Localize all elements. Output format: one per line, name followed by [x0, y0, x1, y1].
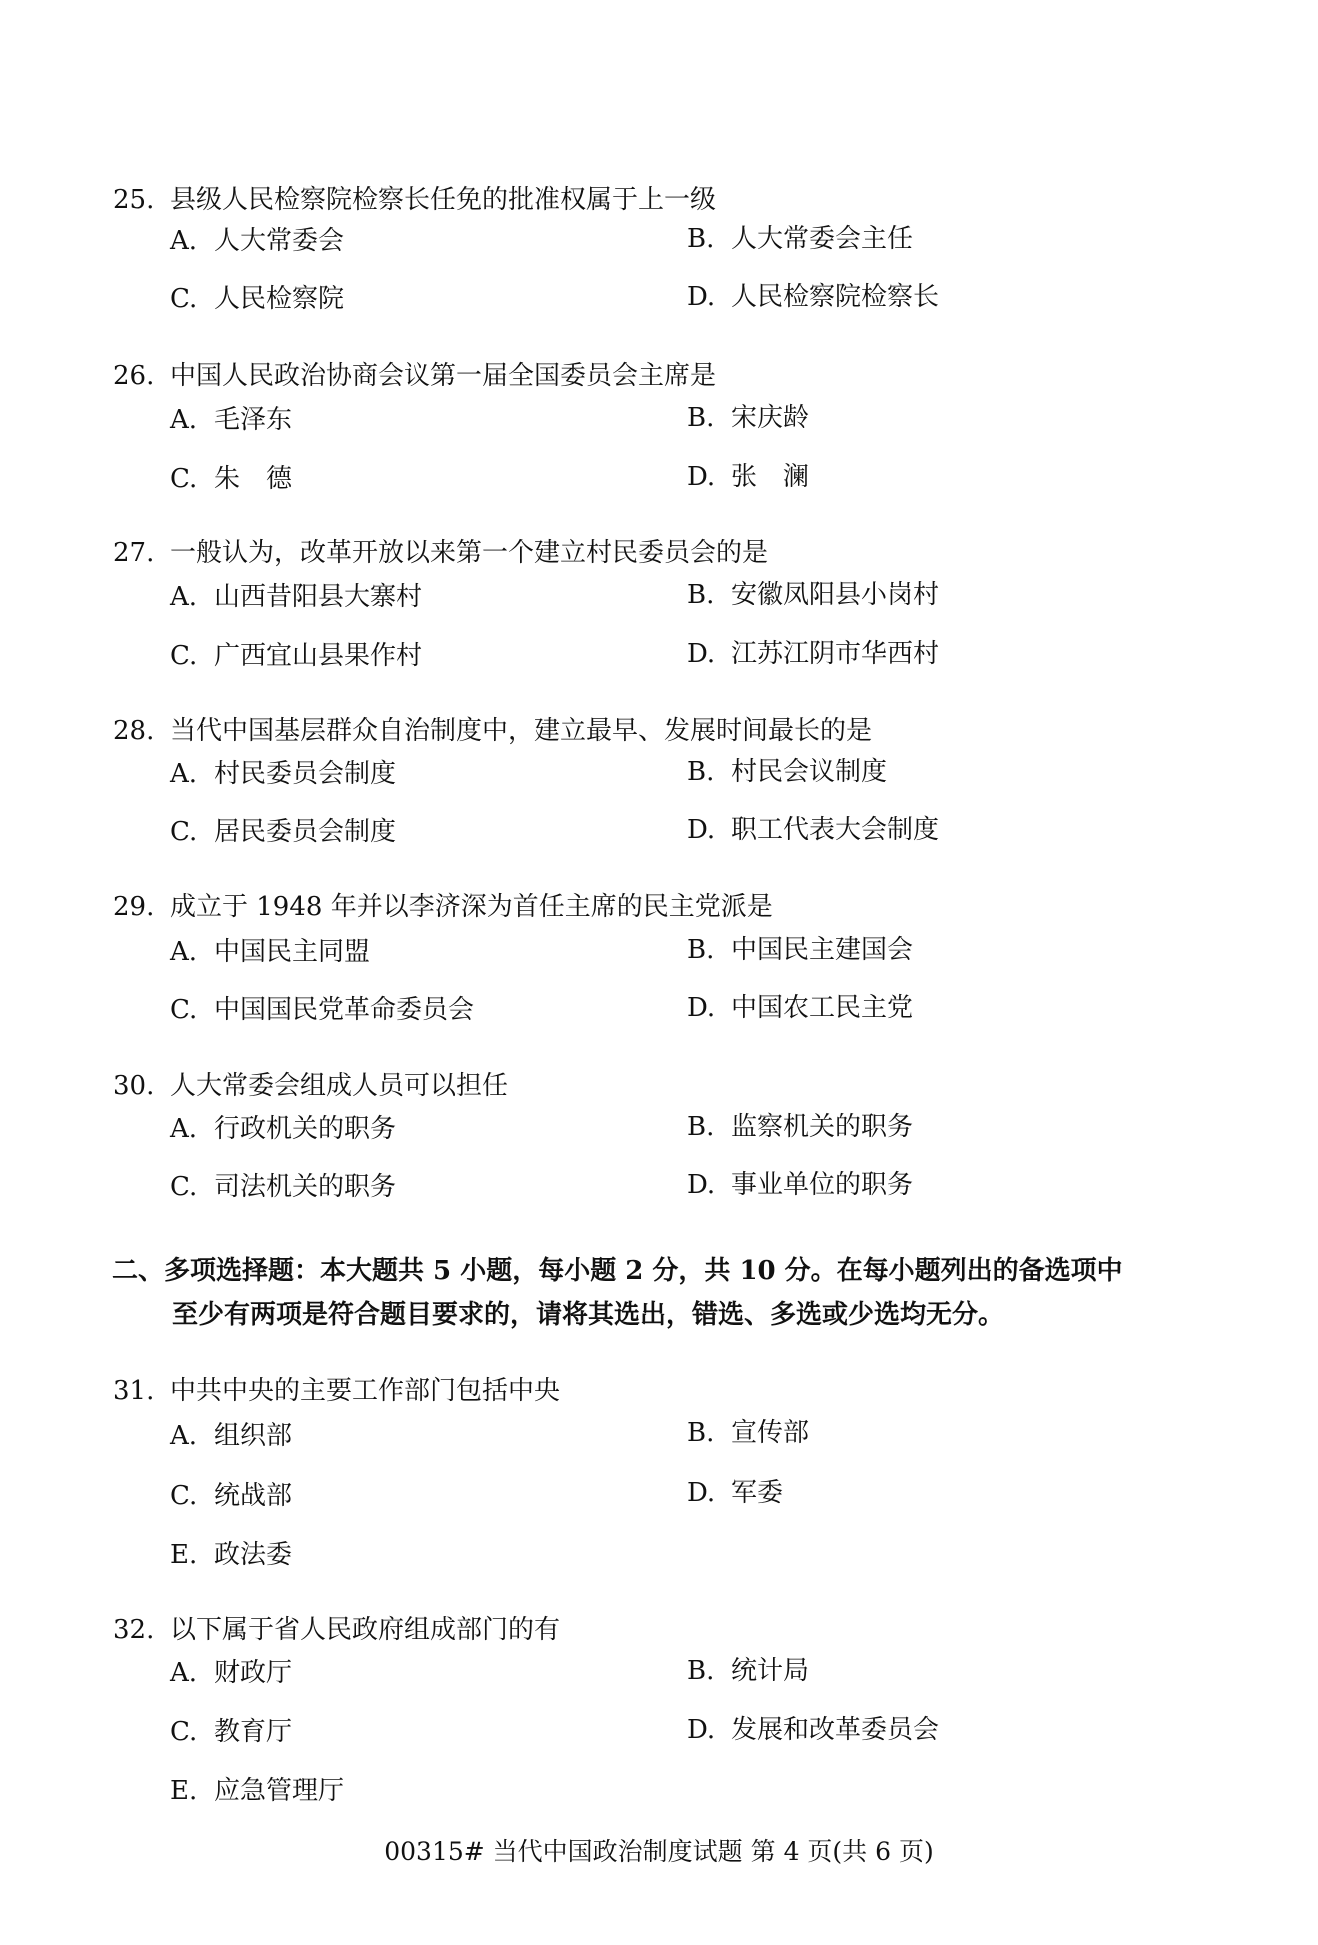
option-text: 中国国民党革命委员会	[214, 995, 474, 1025]
option-a: A.组织部	[170, 1419, 292, 1453]
option-b: B.安徽凤阳县小岗村	[687, 578, 939, 612]
option-d: D.张 澜	[687, 460, 809, 494]
option-letter: D.	[687, 637, 731, 671]
option-text: 组织部	[214, 1421, 292, 1451]
option-c: C.广西宜山县果作村	[170, 639, 422, 673]
option-a: A.中国民主同盟	[170, 935, 370, 969]
page-footer: 00315# 当代中国政治制度试题 第 4 页(共 6 页)	[0, 1832, 1318, 1868]
question-text: 县级人民检察院检察长任免的批准权属于上一级	[170, 183, 716, 217]
option-letter: B.	[687, 933, 731, 967]
option-text: 行政机关的职务	[214, 1114, 396, 1144]
option-text: 统战部	[214, 1481, 292, 1511]
option-text: 山西昔阳县大寨村	[214, 582, 422, 612]
option-b: B.人大常委会主任	[687, 222, 913, 256]
option-letter: A.	[170, 1656, 214, 1690]
option-letter: C.	[170, 1715, 214, 1749]
option-letter: B.	[687, 401, 731, 435]
option-text: 司法机关的职务	[214, 1172, 396, 1202]
option-c: C.教育厅	[170, 1715, 292, 1749]
option-text: 军委	[731, 1478, 783, 1508]
option-b: B.统计局	[687, 1654, 809, 1688]
question-number: 31.	[113, 1374, 154, 1408]
option-letter: A.	[170, 403, 214, 437]
option-text: 张 澜	[731, 462, 809, 492]
option-d: D.事业单位的职务	[687, 1168, 913, 1202]
option-d: D.人民检察院检察长	[687, 280, 939, 314]
option-text: 职工代表大会制度	[731, 815, 939, 845]
option-a: A.山西昔阳县大寨村	[170, 580, 422, 614]
option-e: E.应急管理厅	[170, 1774, 344, 1808]
option-text: 宣传部	[731, 1418, 809, 1448]
option-d: D.军委	[687, 1476, 783, 1510]
option-d: D.江苏江阴市华西村	[687, 637, 939, 671]
option-text: 财政厅	[214, 1658, 292, 1688]
option-letter: B.	[687, 578, 731, 612]
question-number: 28.	[113, 714, 154, 748]
option-letter: D.	[687, 280, 731, 314]
option-letter: A.	[170, 224, 214, 258]
option-letter: C.	[170, 639, 214, 673]
option-letter: D.	[687, 1713, 731, 1747]
option-letter: E.	[170, 1538, 214, 1572]
question-text: 中国人民政治协商会议第一届全国委员会主席是	[170, 359, 716, 393]
option-b: B.监察机关的职务	[687, 1110, 913, 1144]
option-c: C.朱 德	[170, 462, 292, 496]
option-letter: A.	[170, 935, 214, 969]
option-b: B.中国民主建国会	[687, 933, 913, 967]
option-letter: C.	[170, 282, 214, 316]
question-text: 中共中央的主要工作部门包括中央	[170, 1374, 560, 1408]
option-a: A.村民委员会制度	[170, 757, 396, 791]
option-text: 毛泽东	[214, 405, 292, 435]
option-letter: B.	[687, 1654, 731, 1688]
option-letter: C.	[170, 815, 214, 849]
option-text: 统计局	[731, 1656, 809, 1686]
option-text: 居民委员会制度	[214, 817, 396, 847]
option-text: 朱 德	[214, 464, 292, 494]
question-text: 以下属于省人民政府组成部门的有	[170, 1613, 560, 1647]
option-b: B.宋庆龄	[687, 401, 809, 435]
option-a: A.人大常委会	[170, 224, 344, 258]
option-letter: D.	[687, 1168, 731, 1202]
option-text: 应急管理厅	[214, 1776, 344, 1806]
question-number: 26.	[113, 359, 154, 393]
option-text: 人大常委会	[214, 226, 344, 256]
option-letter: A.	[170, 1112, 214, 1146]
option-letter: C.	[170, 993, 214, 1027]
question-number: 30.	[113, 1069, 154, 1103]
option-letter: E.	[170, 1774, 214, 1808]
section-header-line2: 至少有两项是符合题目要求的，请将其选出，错选、多选或少选均无分。	[172, 1298, 1004, 1332]
option-c: C.司法机关的职务	[170, 1170, 396, 1204]
option-letter: B.	[687, 755, 731, 789]
option-text: 人民检察院检察长	[731, 282, 939, 312]
option-letter: C.	[170, 1170, 214, 1204]
question-number: 32.	[113, 1613, 154, 1647]
option-letter: A.	[170, 757, 214, 791]
option-text: 发展和改革委员会	[731, 1715, 939, 1745]
option-text: 中国民主建国会	[731, 935, 913, 965]
option-letter: A.	[170, 1419, 214, 1453]
option-d: D.职工代表大会制度	[687, 813, 939, 847]
option-b: B.宣传部	[687, 1416, 809, 1450]
option-a: A.财政厅	[170, 1656, 292, 1690]
option-text: 宋庆龄	[731, 403, 809, 433]
option-a: A.行政机关的职务	[170, 1112, 396, 1146]
option-text: 人大常委会主任	[731, 224, 913, 254]
option-c: C.居民委员会制度	[170, 815, 396, 849]
question-text: 人大常委会组成人员可以担任	[170, 1069, 508, 1103]
option-text: 监察机关的职务	[731, 1112, 913, 1142]
option-letter: B.	[687, 1110, 731, 1144]
option-c: C.中国国民党革命委员会	[170, 993, 474, 1027]
question-number: 29.	[113, 890, 154, 924]
option-letter: D.	[687, 1476, 731, 1510]
option-letter: D.	[687, 991, 731, 1025]
option-a: A.毛泽东	[170, 403, 292, 437]
option-text: 中国农工民主党	[731, 993, 913, 1023]
option-letter: C.	[170, 1479, 214, 1513]
question-text: 成立于 1948 年并以李济深为首任主席的民主党派是	[170, 890, 773, 924]
question-number: 25.	[113, 183, 154, 217]
option-c: C.人民检察院	[170, 282, 344, 316]
option-d: D.中国农工民主党	[687, 991, 913, 1025]
option-e: E.政法委	[170, 1538, 292, 1572]
option-text: 村民会议制度	[731, 757, 887, 787]
section-header-line1: 二、多项选择题：本大题共 5 小题，每小题 2 分，共 10 分。在每小题列出的…	[112, 1254, 1123, 1288]
option-letter: B.	[687, 1416, 731, 1450]
question-text: 一般认为，改革开放以来第一个建立村民委员会的是	[170, 536, 768, 570]
option-letter: A.	[170, 580, 214, 614]
option-text: 政法委	[214, 1540, 292, 1570]
question-number: 27.	[113, 536, 154, 570]
option-text: 广西宜山县果作村	[214, 641, 422, 671]
option-text: 教育厅	[214, 1717, 292, 1747]
option-c: C.统战部	[170, 1479, 292, 1513]
option-text: 中国民主同盟	[214, 937, 370, 967]
option-letter: D.	[687, 813, 731, 847]
option-text: 安徽凤阳县小岗村	[731, 580, 939, 610]
option-letter: B.	[687, 222, 731, 256]
option-letter: D.	[687, 460, 731, 494]
option-letter: C.	[170, 462, 214, 496]
option-d: D.发展和改革委员会	[687, 1713, 939, 1747]
question-text: 当代中国基层群众自治制度中，建立最早、发展时间最长的是	[170, 714, 872, 748]
option-text: 村民委员会制度	[214, 759, 396, 789]
option-text: 事业单位的职务	[731, 1170, 913, 1200]
option-text: 人民检察院	[214, 284, 344, 314]
option-b: B.村民会议制度	[687, 755, 887, 789]
option-text: 江苏江阴市华西村	[731, 639, 939, 669]
